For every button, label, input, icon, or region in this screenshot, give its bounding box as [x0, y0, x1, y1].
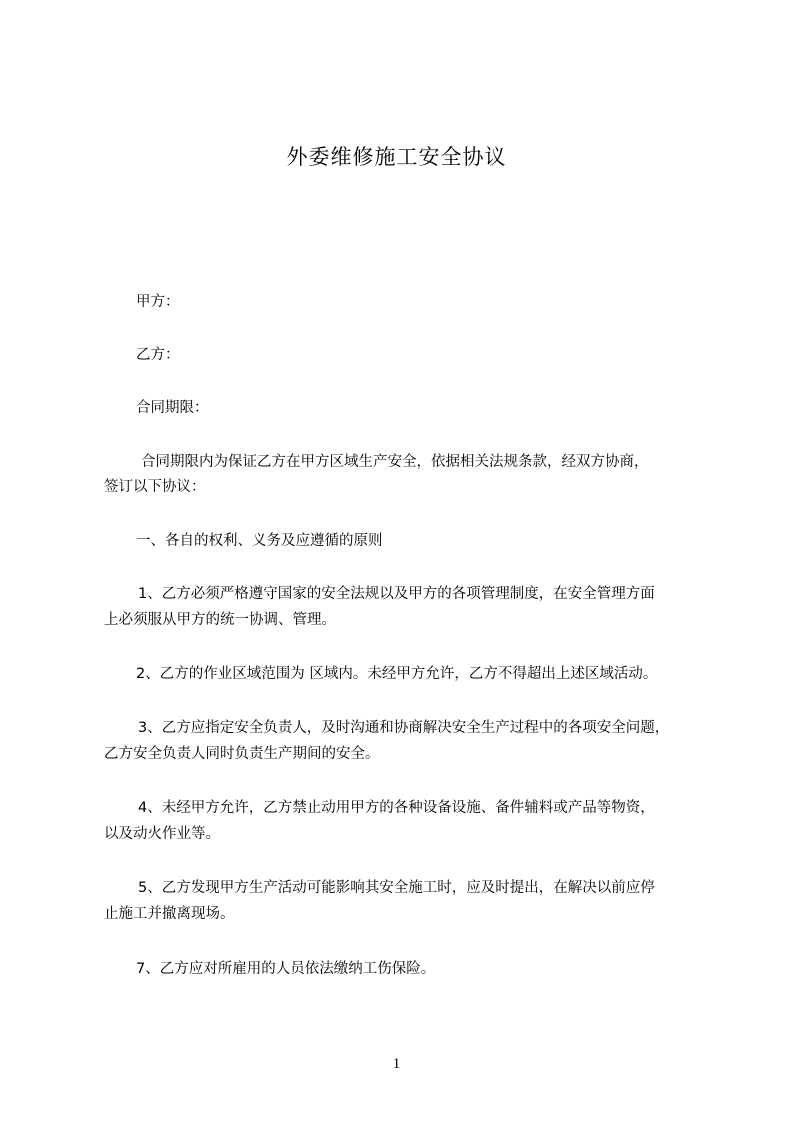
intro-line-1: 合同期限内为保证乙方在甲方区域生产安全，依据相关法规条款，经双方协商，: [141, 452, 649, 472]
clause-3-line-1: 3、乙方应指定安全负责人，及时沟通和协商解决安全生产过程中的各项安全问题，: [138, 718, 669, 738]
page-number: 1: [0, 1056, 793, 1073]
clause-4-line-2: 以及动火作业等。: [104, 824, 220, 844]
clause-2-line-1: 2、乙方的作业区域范围为 区域内。未经甲方允许，乙方不得超出上述区域活动。: [136, 664, 657, 684]
intro-line-2: 签订以下协议：: [104, 477, 206, 497]
clause-5-line-1: 5、乙方发现甲方生产活动可能影响其安全施工时，应及时提出，在解决以前应停: [138, 878, 655, 898]
clause-1-line-1: 1、乙方必须严格遵守国家的安全法规以及甲方的各项管理制度，在安全管理方面: [138, 584, 655, 604]
party-b-field: 乙方：: [136, 345, 180, 365]
contract-term-field: 合同期限：: [136, 398, 209, 418]
section-heading: 一、各自的权利、义务及应遵循的原则: [136, 531, 383, 551]
document-page: 外委维修施工安全协议 甲方： 乙方： 合同期限： 合同期限内为保证乙方在甲方区域…: [0, 0, 793, 1122]
clause-1-line-2: 上必须服从甲方的统一协调、管理。: [104, 610, 336, 630]
document-title: 外委维修施工安全协议: [0, 141, 793, 171]
clause-3-line-2: 乙方安全负责人同时负责生产期间的安全。: [104, 744, 380, 764]
clause-7-line-1: 7、乙方应对所雇用的人员依法缴纳工伤保险。: [136, 959, 435, 979]
party-a-field: 甲方：: [136, 292, 180, 312]
clause-4-line-1: 4、未经甲方允许，乙方禁止动用甲方的各种设备设施、备件辅料或产品等物资，: [138, 798, 655, 818]
clause-5-line-2: 止施工并撤离现场。: [104, 904, 235, 924]
